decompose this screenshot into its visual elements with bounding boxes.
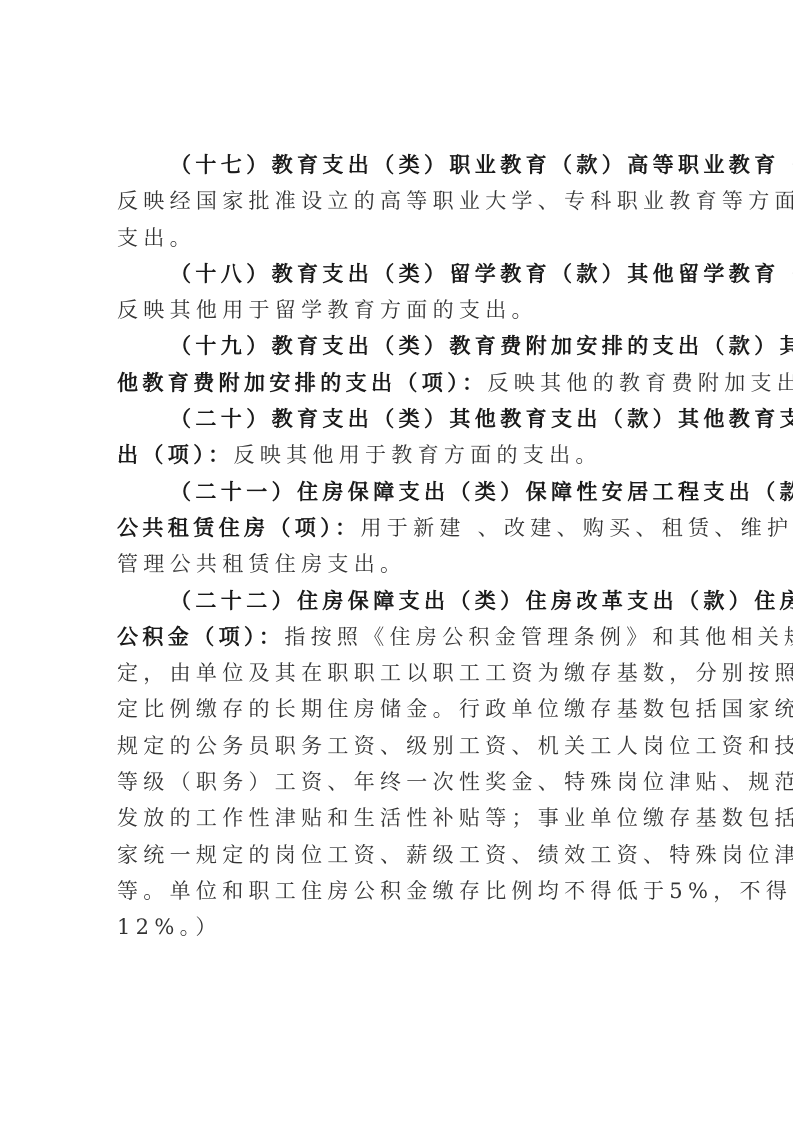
document-page: （十七）教育支出（类）职业教育（款）高等职业教育（项）：反映经国家批准设立的高等…: [117, 147, 682, 946]
paragraph-heading-line: （二十一）住房保障支出（类）保障性安居工程支出（款）: [117, 474, 682, 510]
item-description-text: 反映其他用于教育方面的支出。: [234, 443, 602, 467]
paragraph-line: 管理公共租赁住房支出。: [117, 546, 682, 582]
paragraph-line: 定，由单位及其在职职工以职工工资为缴存基数，分别按照一: [117, 655, 682, 691]
paragraph-line: 等。单位和职工住房公积金缴存比例均不得低于5%，不得高于: [117, 873, 682, 909]
paragraph-heading-line: （十九）教育支出（类）教育费附加安排的支出（款）其: [117, 328, 682, 364]
item-description-text: 家统一规定的岗位工资、薪级工资、绩效工资、特殊岗位津贴: [117, 843, 793, 867]
item-title-text: （二十二）住房保障支出（类）住房改革支出（款）住房: [170, 589, 793, 613]
section-21: （二十一）住房保障支出（类）保障性安居工程支出（款）公共租赁住房（项）：用于新建…: [117, 474, 682, 583]
item-title-text: （二十）教育支出（类）其他教育支出（款）其他教育支: [170, 407, 793, 431]
item-description-text: 12%。）: [117, 915, 222, 939]
item-description-text: 用于新建 、改建、购买、租赁、维护 和: [361, 516, 793, 540]
item-title-text: 出（项）：: [117, 443, 234, 467]
item-title-text: （十九）教育支出（类）教育费附加安排的支出（款）其: [170, 334, 793, 358]
paragraph-line: 出（项）：反映其他用于教育方面的支出。: [117, 437, 682, 473]
paragraph-line: 规定的公务员职务工资、级别工资、机关工人岗位工资和技术: [117, 728, 682, 764]
item-description-text: 反映经国家批准设立的高等职业大学、专科职业教育等方面的: [117, 189, 793, 213]
section-18: （十八）教育支出（类）留学教育（款）其他留学教育（项）：反映其他用于留学教育方面…: [117, 256, 682, 329]
paragraph-line: 反映经国家批准设立的高等职业大学、专科职业教育等方面的: [117, 183, 682, 219]
paragraph-line: 他教育费附加安排的支出（项）：反映其他的教育费附加支出。: [117, 365, 682, 401]
paragraph-heading-line: （二十二）住房保障支出（类）住房改革支出（款）住房: [117, 583, 682, 619]
paragraph-heading-line: （十七）教育支出（类）职业教育（款）高等职业教育（项）：: [117, 147, 682, 183]
section-17: （十七）教育支出（类）职业教育（款）高等职业教育（项）：反映经国家批准设立的高等…: [117, 147, 682, 256]
paragraph-heading-line: （二十）教育支出（类）其他教育支出（款）其他教育支: [117, 401, 682, 437]
item-description-text: 指按照《住房公积金管理条例》和其他相关规: [284, 625, 793, 649]
item-title-text: （十七）教育支出（类）职业教育（款）高等职业教育（项）：: [170, 153, 793, 177]
paragraph-line: 公共租赁住房（项）：用于新建 、改建、购买、租赁、维护 和: [117, 510, 682, 546]
item-description-text: 定比例缴存的长期住房储金。行政单位缴存基数包括国家统一: [117, 697, 793, 721]
item-title-text: 公共租赁住房（项）：: [117, 516, 361, 540]
item-title-text: （十八）教育支出（类）留学教育（款）其他留学教育（项）：: [170, 262, 793, 286]
item-description-text: 反映其他用于留学教育方面的支出。: [117, 298, 538, 322]
item-title-text: 他教育费附加安排的支出（项）：: [117, 371, 488, 395]
section-22: （二十二）住房保障支出（类）住房改革支出（款）住房公积金（项）：指按照《住房公积…: [117, 583, 682, 946]
paragraph-line: 反映其他用于留学教育方面的支出。: [117, 292, 682, 328]
item-title-text: （二十一）住房保障支出（类）保障性安居工程支出（款）: [170, 480, 793, 504]
section-20: （二十）教育支出（类）其他教育支出（款）其他教育支出（项）：反映其他用于教育方面…: [117, 401, 682, 474]
section-19: （十九）教育支出（类）教育费附加安排的支出（款）其他教育费附加安排的支出（项）：…: [117, 328, 682, 401]
item-description-text: 等级（职务）工资、年终一次性奖金、特殊岗位津贴、规范后: [117, 770, 793, 794]
item-description-text: 管理公共租赁住房支出。: [117, 552, 406, 576]
paragraph-line: 发放的工作性津贴和生活性补贴等；事业单位缴存基数包括国: [117, 800, 682, 836]
paragraph-heading-line: （十八）教育支出（类）留学教育（款）其他留学教育（项）：: [117, 256, 682, 292]
item-description-text: 定，由单位及其在职职工以职工工资为缴存基数，分别按照一: [117, 661, 793, 685]
paragraph-line: 支出。: [117, 220, 682, 256]
paragraph-line: 家统一规定的岗位工资、薪级工资、绩效工资、特殊岗位津贴: [117, 837, 682, 873]
item-title-text: 公积金（项）：: [117, 625, 284, 649]
item-description-text: 规定的公务员职务工资、级别工资、机关工人岗位工资和技术: [117, 734, 793, 758]
paragraph-line: 公积金（项）：指按照《住房公积金管理条例》和其他相关规: [117, 619, 682, 655]
item-description-text: 反映其他的教育费附加支出。: [488, 371, 793, 395]
item-description-text: 支出。: [117, 226, 196, 250]
item-description-text: 等。单位和职工住房公积金缴存比例均不得低于5%，不得高于: [117, 879, 793, 903]
item-description-text: 发放的工作性津贴和生活性补贴等；事业单位缴存基数包括国: [117, 806, 793, 830]
paragraph-line: 定比例缴存的长期住房储金。行政单位缴存基数包括国家统一: [117, 691, 682, 727]
paragraph-line: 12%。）: [117, 909, 682, 945]
paragraph-line: 等级（职务）工资、年终一次性奖金、特殊岗位津贴、规范后: [117, 764, 682, 800]
